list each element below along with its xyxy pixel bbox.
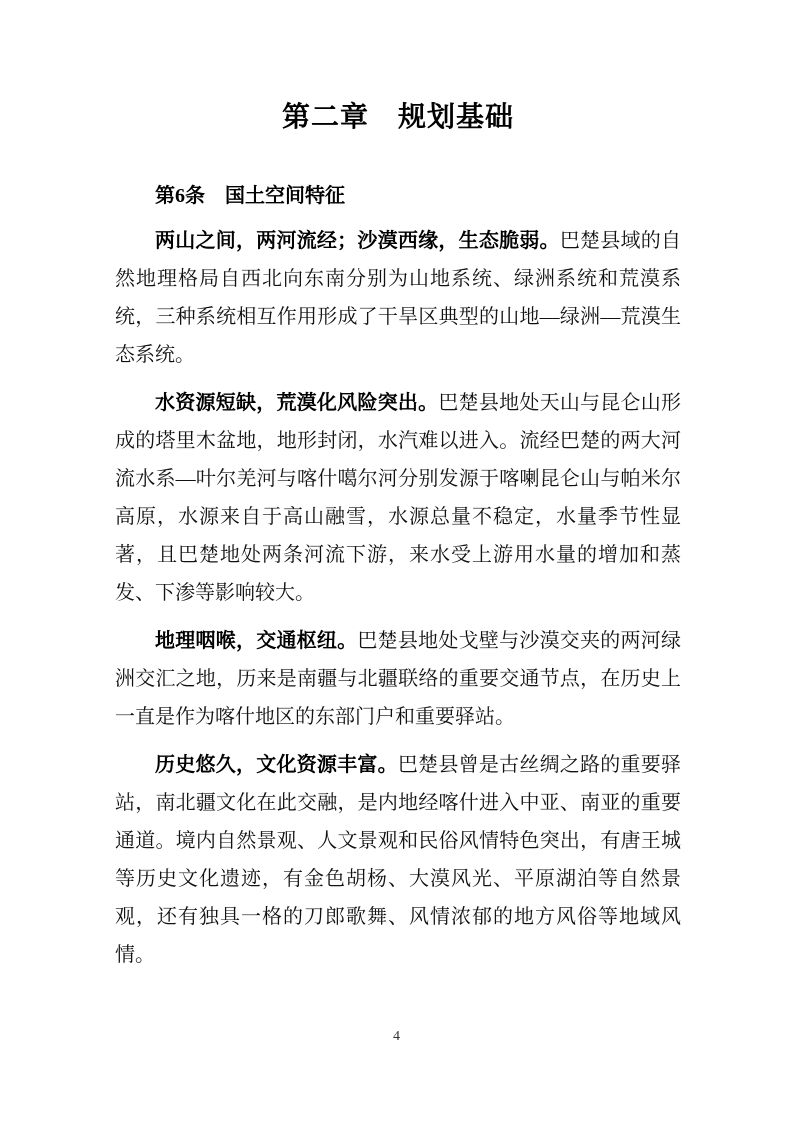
page-content: 第二章 规划基础 第6条 国土空间特征 两山之间，两河流经；沙漠西缘，生态脆弱。…	[115, 0, 681, 974]
paragraph-lead: 两山之间，两河流经；沙漠西缘，生态脆弱。	[155, 230, 560, 252]
section-heading: 第6条 国土空间特征	[115, 182, 681, 210]
paragraph-body: 巴楚县地处天山与昆仑山形成的塔里木盆地，地形封闭，水汽难以进入。流经巴楚的两大河…	[115, 392, 681, 604]
paragraph-body: 巴楚县曾是古丝绸之路的重要驿站，南北疆文化在此交融，是内地经喀什进入中亚、南亚的…	[115, 754, 681, 966]
paragraph: 水资源短缺，荒漠化风险突出。巴楚县地处天山与昆仑山形成的塔里木盆地，地形封闭，水…	[115, 384, 681, 612]
paragraph: 地理咽喉，交通枢纽。巴楚县地处戈壁与沙漠交夹的两河绿洲交汇之地，历来是南疆与北疆…	[115, 622, 681, 736]
paragraph: 历史悠久，文化资源丰富。巴楚县曾是古丝绸之路的重要驿站，南北疆文化在此交融，是内…	[115, 746, 681, 974]
paragraph-lead: 历史悠久，文化资源丰富。	[155, 754, 398, 776]
document-page: 第二章 规划基础 第6条 国土空间特征 两山之间，两河流经；沙漠西缘，生态脆弱。…	[0, 0, 793, 1122]
paragraph-lead: 地理咽喉，交通枢纽。	[155, 630, 357, 652]
paragraph: 两山之间，两河流经；沙漠西缘，生态脆弱。巴楚县域的自然地理格局自西北向东南分别为…	[115, 222, 681, 374]
paragraph-lead: 水资源短缺，荒漠化风险突出。	[155, 392, 438, 414]
chapter-title: 第二章 规划基础	[115, 0, 681, 136]
page-number: 4	[0, 1028, 793, 1046]
